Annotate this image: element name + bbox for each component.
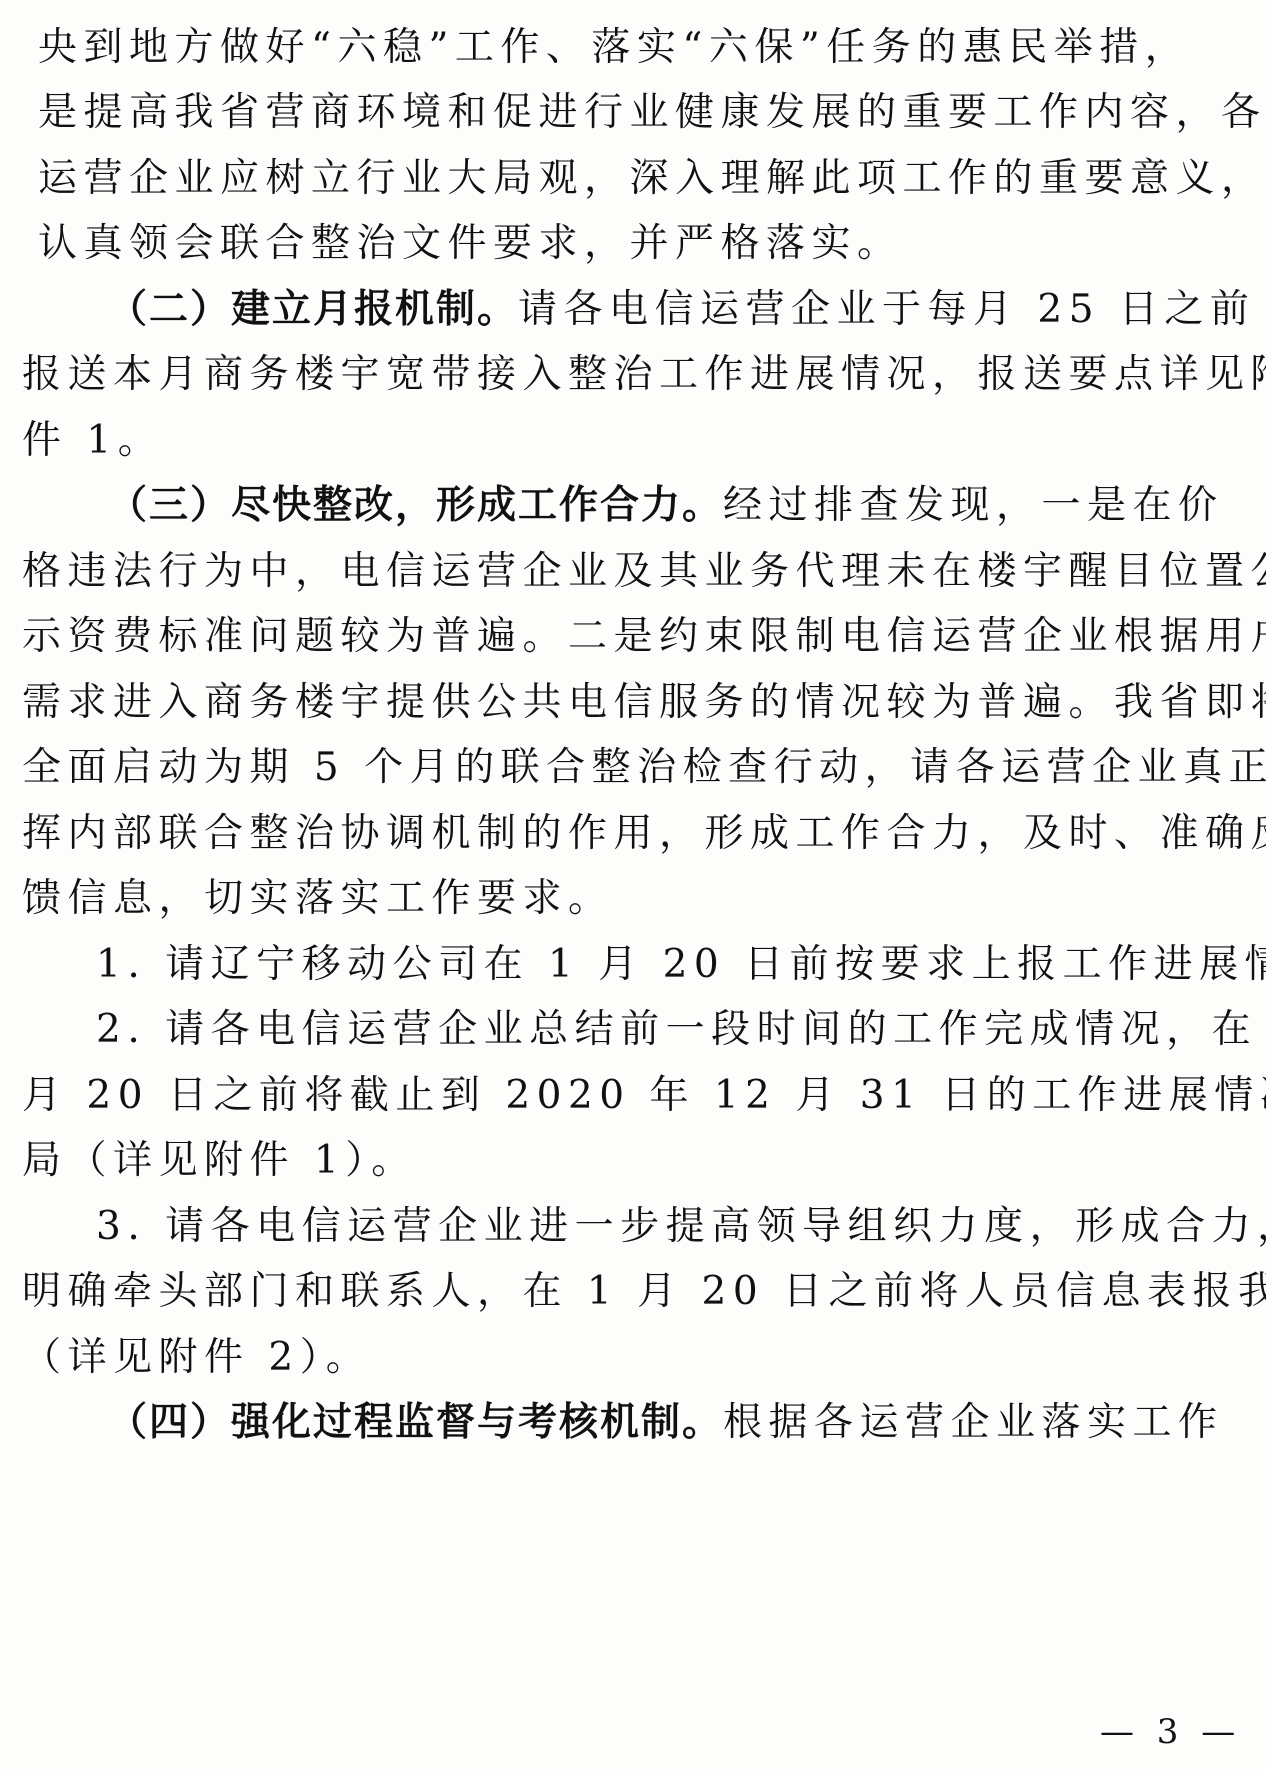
body-line: 月 20 日之前将截止到 2020 年 12 月 31 日的工作进展情况上报我 bbox=[22, 1066, 1266, 1126]
body-line: 全面启动为期 5 个月的联合整治检查行动，请各运营企业真正发 bbox=[22, 738, 1266, 798]
body-text: 明确牵头部门和联系人，在 1 月 20 日之前将人员信息表报我局 bbox=[22, 1269, 1266, 1314]
body-line: 报送本月商务楼宇宽带接入整治工作进展情况，报送要点详见附 bbox=[22, 345, 1266, 405]
body-line: 明确牵头部门和联系人，在 1 月 20 日之前将人员信息表报我局 bbox=[22, 1262, 1266, 1322]
document-page: 央到地方做好“六稳”工作、落实“六保”任务的惠民举措， 是提高我省营商环境和促进… bbox=[0, 0, 1266, 1774]
body-line: 件 1。 bbox=[22, 411, 1266, 471]
body-line: 格违法行为中，电信运营企业及其业务代理未在楼宇醒目位置公 bbox=[22, 542, 1266, 602]
list-item-2: 2. 请各电信运营企业总结前一段时间的工作完成情况，在 1 bbox=[96, 1000, 1266, 1060]
body-text: 请各电信运营企业于每月 25 日之前 bbox=[518, 287, 1255, 332]
body-text: 示资费标准问题较为普遍。二是约束限制电信运营企业根据用户 bbox=[22, 614, 1266, 659]
section-heading-line: （三）尽快整改，形成工作合力。经过排查发现，一是在价 bbox=[108, 476, 1266, 536]
body-text: 2. 请各电信运营企业总结前一段时间的工作完成情况，在 1 bbox=[96, 1007, 1266, 1052]
body-text: 根据各运营企业落实工作 bbox=[723, 1400, 1224, 1445]
section-heading-line: （二）建立月报机制。请各电信运营企业于每月 25 日之前 bbox=[108, 280, 1266, 340]
section-heading-line: （四）强化过程监督与考核机制。根据各运营企业落实工作 bbox=[108, 1393, 1266, 1453]
body-text: 1. 请辽宁移动公司在 1 月 20 日前按要求上报工作进展情况。 bbox=[96, 942, 1266, 987]
body-text: 馈信息，切实落实工作要求。 bbox=[22, 876, 614, 921]
body-text: 月 20 日之前将截止到 2020 年 12 月 31 日的工作进展情况上报我 bbox=[22, 1073, 1266, 1118]
list-item-1: 1. 请辽宁移动公司在 1 月 20 日前按要求上报工作进展情况。 bbox=[96, 935, 1266, 995]
body-line: 局（详见附件 1）。 bbox=[22, 1131, 1266, 1191]
body-text: 报送本月商务楼宇宽带接入整治工作进展情况，报送要点详见附 bbox=[22, 352, 1266, 397]
body-line: 运营企业应树立行业大局观，深入理解此项工作的重要意义， bbox=[38, 149, 1266, 209]
body-text: 全面启动为期 5 个月的联合整治检查行动，请各运营企业真正发 bbox=[22, 745, 1266, 790]
body-line: 需求进入商务楼宇提供公共电信服务的情况较为普遍。我省即将 bbox=[22, 673, 1266, 733]
section-heading-3: （三）尽快整改，形成工作合力。 bbox=[108, 483, 723, 528]
body-line: 央到地方做好“六稳”工作、落实“六保”任务的惠民举措， bbox=[38, 18, 1266, 78]
body-text: 是提高我省营商环境和促进行业健康发展的重要工作内容，各 bbox=[38, 90, 1266, 135]
body-text: 运营企业应树立行业大局观，深入理解此项工作的重要意义， bbox=[38, 156, 1266, 201]
body-line: （详见附件 2）。 bbox=[22, 1328, 1266, 1388]
list-item-3: 3. 请各电信运营企业进一步提高领导组织力度，形成合力， bbox=[96, 1197, 1266, 1257]
body-line: 示资费标准问题较为普遍。二是约束限制电信运营企业根据用户 bbox=[22, 607, 1266, 667]
section-heading-4: （四）强化过程监督与考核机制。 bbox=[108, 1400, 723, 1445]
body-text: 挥内部联合整治协调机制的作用，形成工作合力，及时、准确反 bbox=[22, 811, 1266, 856]
section-heading-2: （二）建立月报机制。 bbox=[108, 287, 518, 332]
page-number: — 3 — bbox=[1100, 1712, 1241, 1752]
body-text: 局（详见附件 1）。 bbox=[22, 1138, 417, 1183]
body-line: 是提高我省营商环境和促进行业健康发展的重要工作内容，各 bbox=[38, 83, 1266, 143]
body-text: （详见附件 2）。 bbox=[22, 1335, 371, 1380]
body-text: 经过排查发现，一是在价 bbox=[723, 483, 1224, 528]
body-text: 认真领会联合整治文件要求，并严格落实。 bbox=[38, 221, 903, 266]
body-text: 格违法行为中，电信运营企业及其业务代理未在楼宇醒目位置公 bbox=[22, 549, 1266, 594]
body-text: 3. 请各电信运营企业进一步提高领导组织力度，形成合力， bbox=[96, 1204, 1266, 1249]
body-line: 挥内部联合整治协调机制的作用，形成工作合力，及时、准确反 bbox=[22, 804, 1266, 864]
body-text: 件 1。 bbox=[22, 418, 163, 463]
body-line: 认真领会联合整治文件要求，并严格落实。 bbox=[38, 214, 1266, 274]
body-line: 馈信息，切实落实工作要求。 bbox=[22, 869, 1266, 929]
body-text: 需求进入商务楼宇提供公共电信服务的情况较为普遍。我省即将 bbox=[22, 680, 1266, 725]
body-text: 央到地方做好“六稳”工作、落实“六保”任务的惠民举措， bbox=[38, 25, 1190, 70]
